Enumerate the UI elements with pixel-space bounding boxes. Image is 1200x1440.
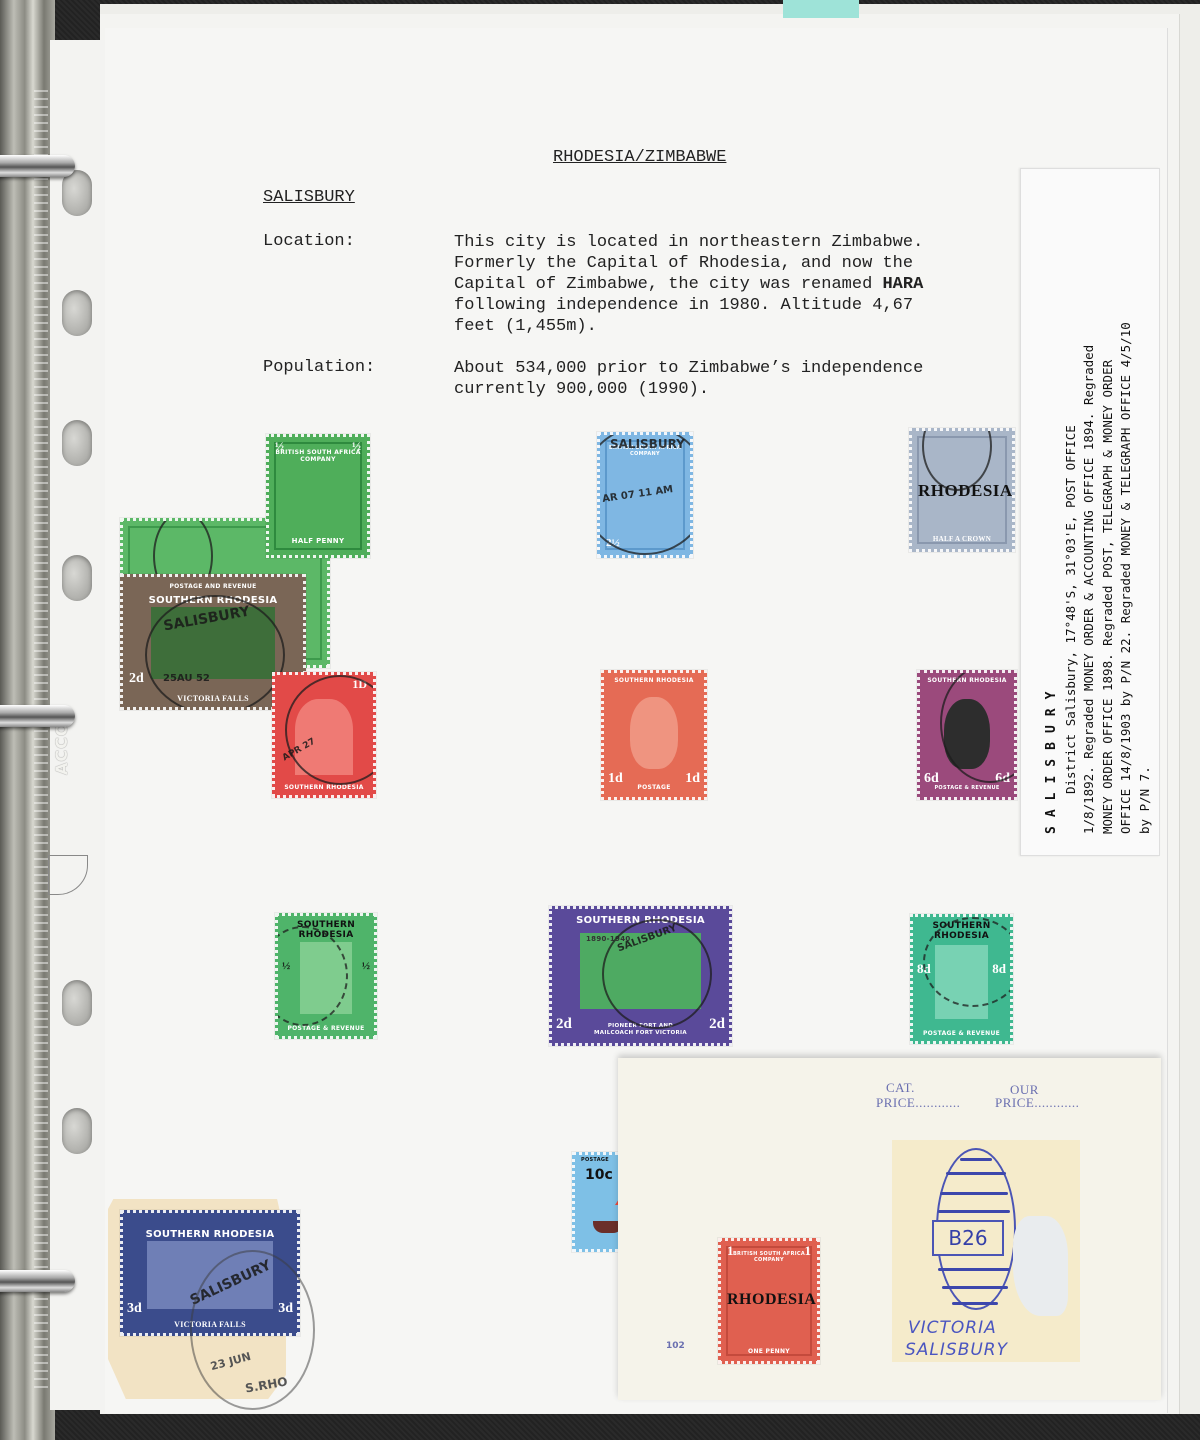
slip-line: by P/N 7. <box>1136 174 1155 834</box>
location-line: feet (1,455m). <box>454 316 1034 337</box>
slip-line: 1/8/1892. Regraded MONEY ORDER & ACCOUNT… <box>1080 174 1099 834</box>
punch-hole <box>62 170 92 216</box>
location-text: This city is located in northeastern Zim… <box>454 232 1034 337</box>
location-line: Capital of Zimbabwe, the city was rename… <box>454 274 1034 295</box>
oval-bar <box>938 1268 1010 1271</box>
punch-hole <box>62 420 92 466</box>
slip-heading: SALISBURY <box>1043 174 1062 834</box>
our-price-label-2: PRICE............ <box>995 1095 1079 1111</box>
location-line: following independence in 1980. Altitude… <box>454 295 1034 316</box>
index-tab-marker[interactable] <box>783 0 859 18</box>
binder-brand-label: ACCO <box>52 722 71 775</box>
stamp-george-vi-8d[interactable]: SOUTHERN RHODESIA POSTAGE & REVENUE 8d 8… <box>910 914 1013 1044</box>
stamp-rhodesia-half-crown[interactable]: RHODESIA. HALF A CROWN <box>909 428 1015 552</box>
handwriting-salisbury: SALISBURY <box>905 1340 1008 1360</box>
population-line: currently 900,000 (1990). <box>454 379 1034 400</box>
oval-bar <box>946 1172 1006 1175</box>
binder-ring-middle <box>0 705 75 727</box>
location-line: This city is located in northeastern Zim… <box>454 232 1034 253</box>
stamp-george-vi-half[interactable]: SOUTHERN RHODESIA POSTAGE & REVENUE ½ ½ <box>275 913 377 1039</box>
postal-history-slip: SALISBURY District Salisbury, 17°48'S, 3… <box>1020 168 1160 856</box>
stamp-bsac-half-penny[interactable]: BRITISH SOUTH AFRICA COMPANY HALF PENNY … <box>266 434 370 558</box>
punch-hole <box>62 1108 92 1154</box>
oval-bar <box>938 1210 1010 1213</box>
stamp-admiral-1d[interactable]: 1D SOUTHERN RHODESIA APR 27 <box>272 672 376 798</box>
oval-bar <box>942 1286 1008 1289</box>
oval-bar <box>960 1158 992 1161</box>
population-label: Population: <box>263 358 375 377</box>
stamp-pioneer-fort-2d[interactable]: SOUTHERN RHODESIA 1890-1940 PIONEER FORT… <box>549 906 732 1046</box>
oval-bar <box>940 1192 1008 1195</box>
paper-thin-patch <box>1013 1216 1068 1316</box>
punch-hole <box>62 290 92 336</box>
slip-text: SALISBURY District Salisbury, 17°48'S, 3… <box>1043 174 1154 834</box>
stamp-overprint: RHODESIA <box>727 1291 816 1309</box>
location-label: Location: <box>263 232 355 251</box>
section-title: SALISBURY <box>263 188 355 207</box>
slip-district-line: District Salisbury, 17°48'S, 31°03'E, PO… <box>1062 174 1081 834</box>
punch-hole <box>62 555 92 601</box>
handwriting-victoria: VICTORIA <box>908 1318 997 1338</box>
spine-ruler <box>34 90 48 1390</box>
cancel-code-box: B26 <box>932 1220 1004 1256</box>
population-line: About 534,000 prior to Zimbabwe’s indepe… <box>454 358 1034 379</box>
page-title: RHODESIA/ZIMBABWE <box>553 148 726 167</box>
stamp-bsac-1d-overprint[interactable]: BRITISH SOUTH AFRICA COMPANY 1 1 RHODESI… <box>718 1238 820 1364</box>
binder-ring-top <box>0 155 75 177</box>
slip-line: OFFICE 14/8/1903 by P/N 22. Regraded MON… <box>1117 174 1136 834</box>
punch-hole <box>62 980 92 1026</box>
stamp-george-v-1d[interactable]: SOUTHERN RHODESIA POSTAGE 1d 1d <box>601 670 707 800</box>
card-number: 102 <box>666 1341 685 1351</box>
stamp-george-v-6d[interactable]: SOUTHERN RHODESIA POSTAGE & REVENUE 6d 6… <box>917 670 1017 800</box>
oval-bar <box>952 1302 998 1305</box>
renamed-city-bold: HARA <box>882 275 923 294</box>
cat-price-label-2: PRICE............ <box>876 1095 960 1111</box>
location-line: Formerly the Capital of Rhodesia, and no… <box>454 253 1034 274</box>
cat-price-label-1: CAT. <box>886 1080 915 1096</box>
binder-ring-bottom <box>0 1270 75 1292</box>
slip-line: MONEY ORDER OFFICE 1898. Regraded POST, … <box>1099 174 1118 834</box>
stamp-bsac-2half-blue[interactable]: BRITISH SOUTH AFRICA COMPANY 2½ SALISBUR… <box>597 432 693 558</box>
population-text: About 534,000 prior to Zimbabwe’s indepe… <box>454 358 1034 400</box>
